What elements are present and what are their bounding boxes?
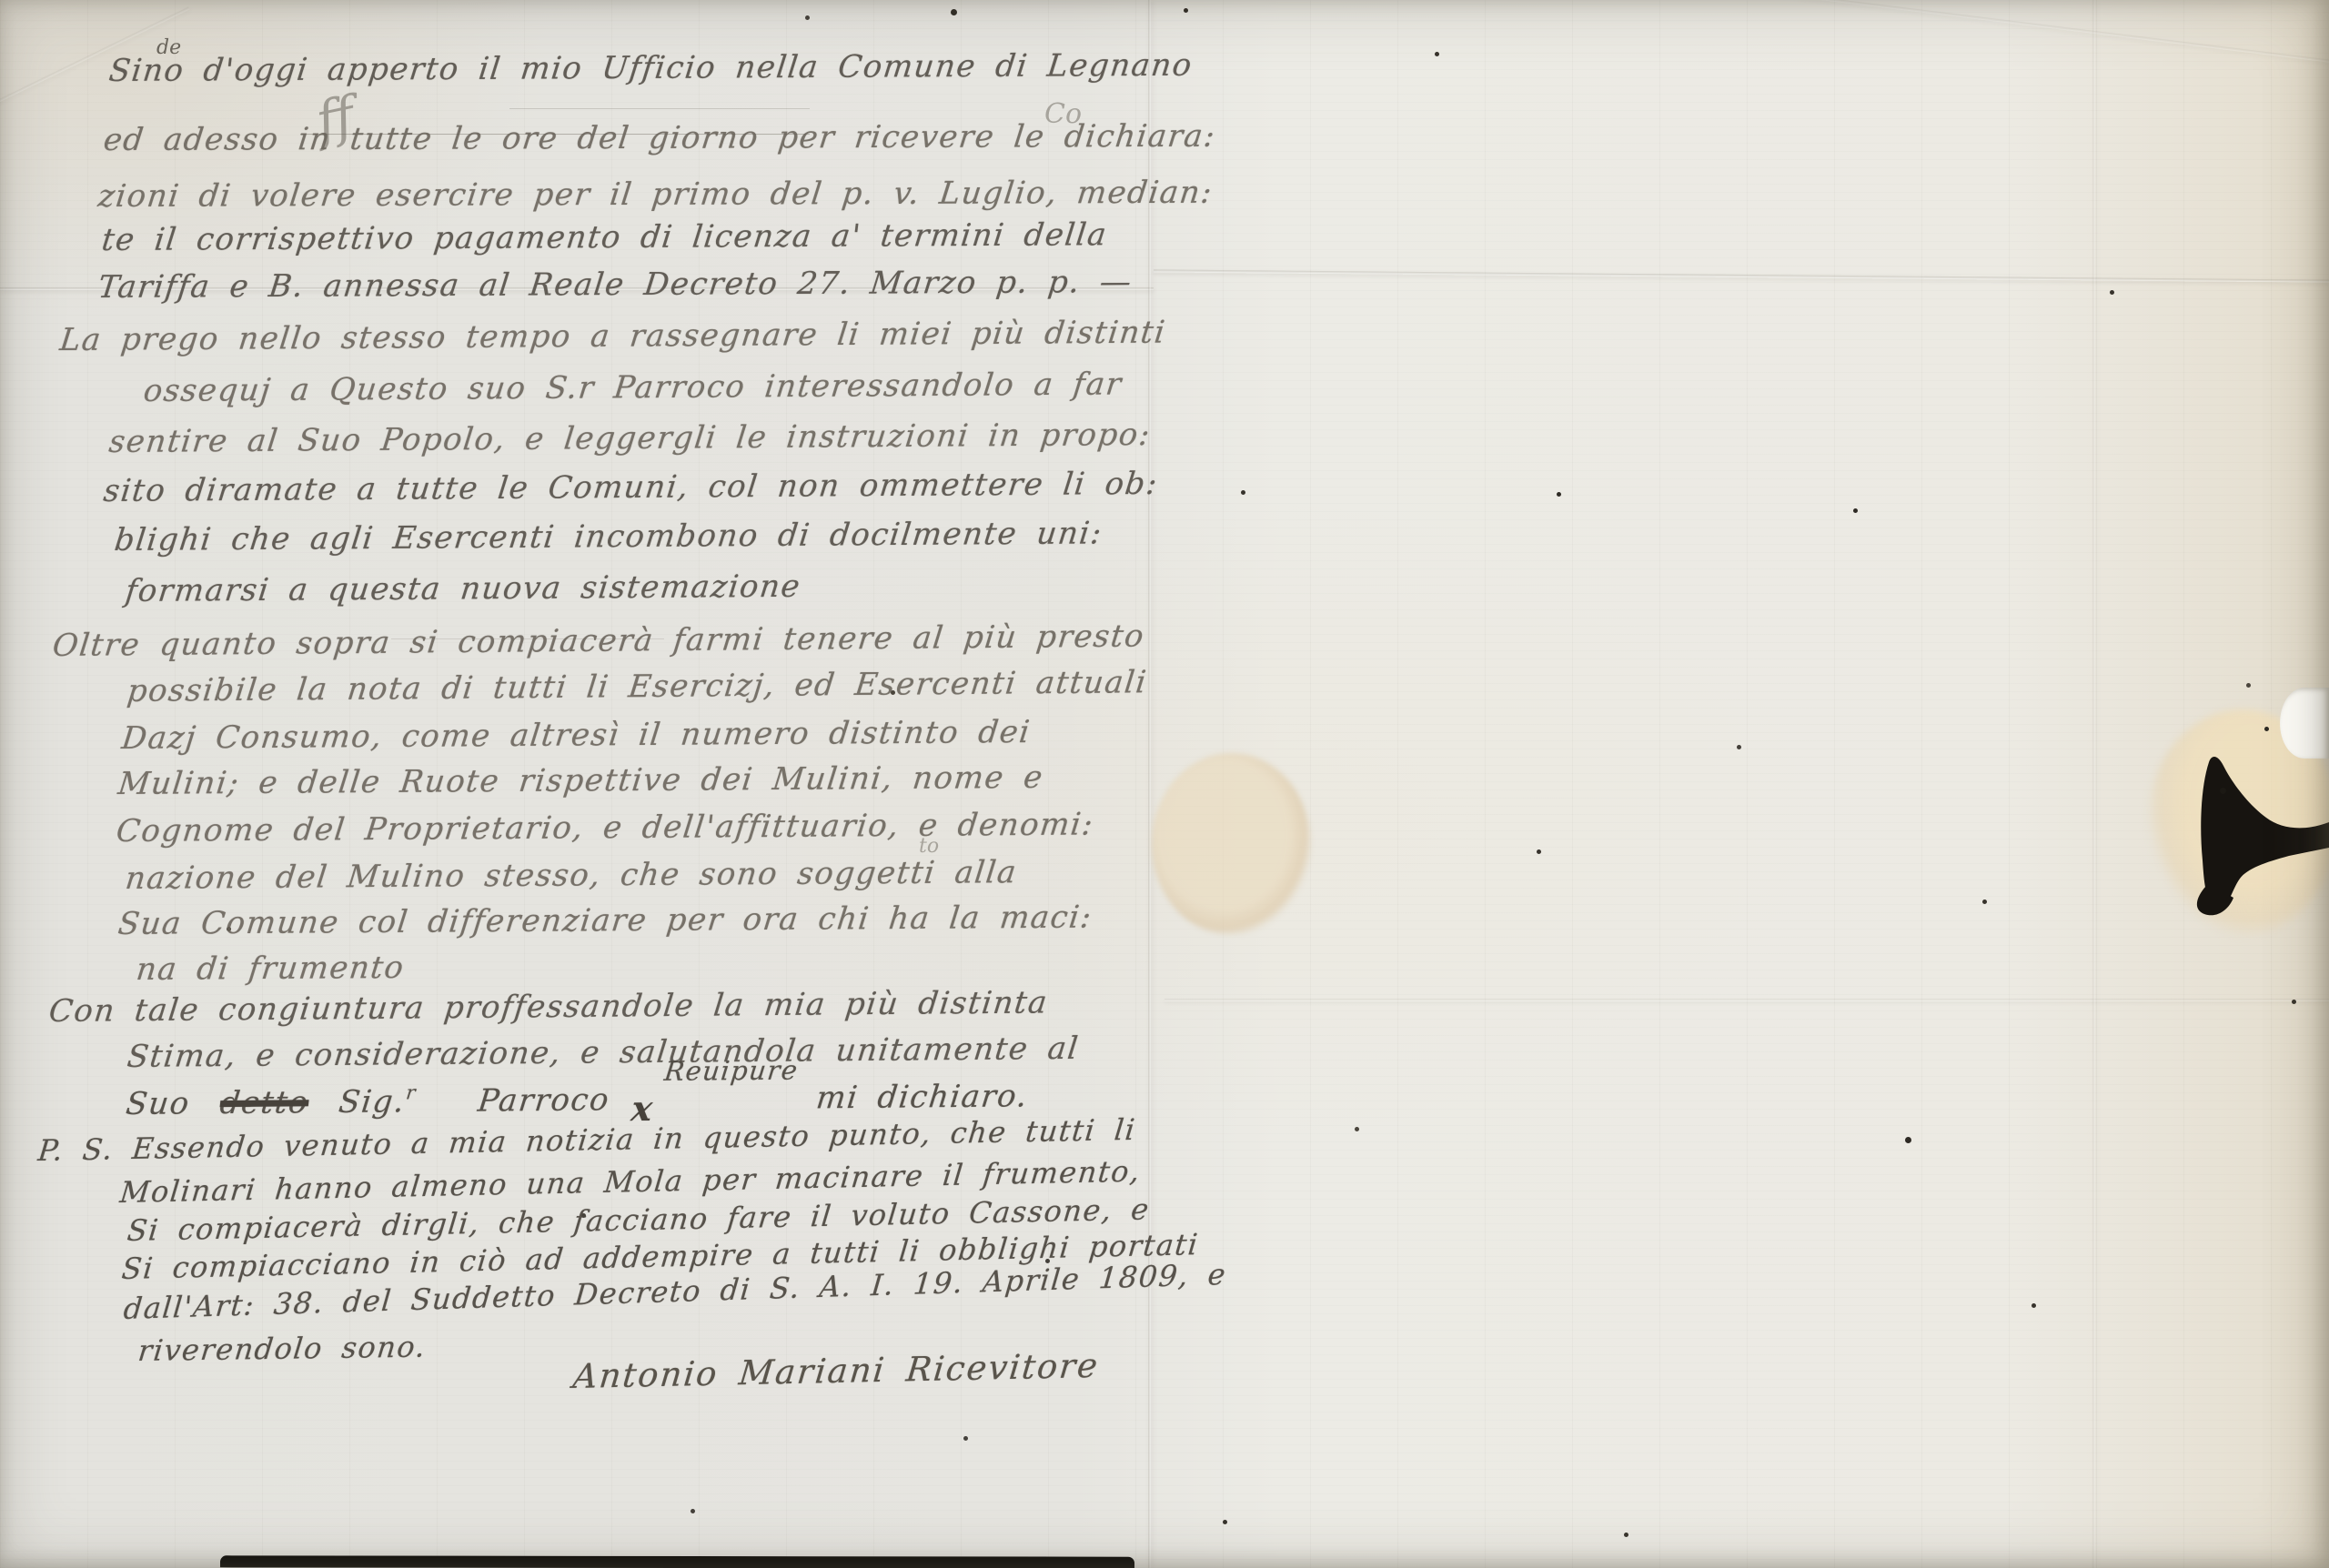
closing-sig: Sig.: [337, 1083, 407, 1121]
center-fold: [1148, 0, 1151, 1568]
handwritten-line: La prego nello stesso tempo a rassegnare…: [58, 314, 1168, 358]
interlinear-insertion: Reuipure: [662, 1055, 800, 1087]
handwritten-line: Stima, e considerazione, e salutandola u…: [126, 1030, 1081, 1075]
handwritten-line: ed adesso in tutte le ore del giorno per…: [102, 118, 1218, 158]
handwritten-line: nazione del Mulino stesso, che sono sogg…: [124, 854, 1020, 897]
handwritten-line: Sino d'oggi apperto il mio Ufficio nella…: [107, 47, 1195, 89]
water-stain: [1152, 753, 1311, 935]
scan-edge-strip: [220, 1555, 1134, 1568]
closing-pre: Suo: [124, 1085, 192, 1122]
crease-vertical-right: [2092, 0, 2095, 1568]
closing-parroco: Parroco: [476, 1081, 611, 1119]
handwritten-line: Sua Comune col differenziare per ora chi…: [116, 900, 1094, 943]
handwritten-line: sentire al Suo Popolo, e leggergli le in…: [107, 417, 1153, 460]
handwritten-line: zioni di volere esercire per il primo de…: [96, 175, 1215, 215]
handwritten-line: Con tale congiuntura proffessandole la m…: [47, 984, 1051, 1030]
pencil-guide-line: [509, 108, 810, 109]
postscript-line: riverendolo sono.: [136, 1330, 428, 1368]
handwritten-line: Dazj Consumo, come altresì il numero dis…: [120, 714, 1033, 757]
handwritten-line: na di frumento: [135, 950, 407, 988]
superscript: r: [405, 1081, 418, 1103]
signature: Antonio Mariani Ricevitore: [571, 1346, 1101, 1396]
crease-horizontal-right-lower: [1164, 999, 2329, 1001]
handwritten-line: te il corrispettivo pagamento di licenza…: [100, 216, 1110, 258]
handwritten-line: possibile la nota di tutti li Esercizj, …: [126, 664, 1149, 709]
document-scan: Sino d'oggi apperto il mio Ufficio nella…: [0, 0, 2329, 1568]
handwritten-line: Mulini; e delle Ruote rispettive dei Mul…: [116, 759, 1046, 802]
handwritten-line: blighi che agli Esercenti incombono di d…: [113, 515, 1104, 558]
closing-post: mi dichiaro.: [814, 1078, 1030, 1116]
crease-corner-topright: [1776, 0, 2329, 65]
handwritten-line: Oltre quanto sopra si compiacerà farmi t…: [51, 618, 1147, 665]
ink-hole-blot: [2176, 749, 2329, 928]
handwritten-line: Cognome del Proprietario, e dell'affittu…: [115, 806, 1096, 849]
fold-crease-horizontal-right: [1154, 269, 2329, 282]
handwritten-line: ossequj a Questo suo S.r Parroco interes…: [142, 366, 1124, 409]
handwritten-line: formarsi a questa nuova sistemazione: [124, 568, 803, 609]
paper-tear-notch: [2280, 688, 2329, 759]
paper-specks: [0, 0, 3, 3]
handwritten-line: sito diramate a tutte le Comuni, col non…: [102, 466, 1161, 509]
handwritten-line: Tariffa e B. annessa al Reale Decreto 27…: [96, 264, 1134, 306]
cancelled-word: detto: [218, 1084, 311, 1121]
